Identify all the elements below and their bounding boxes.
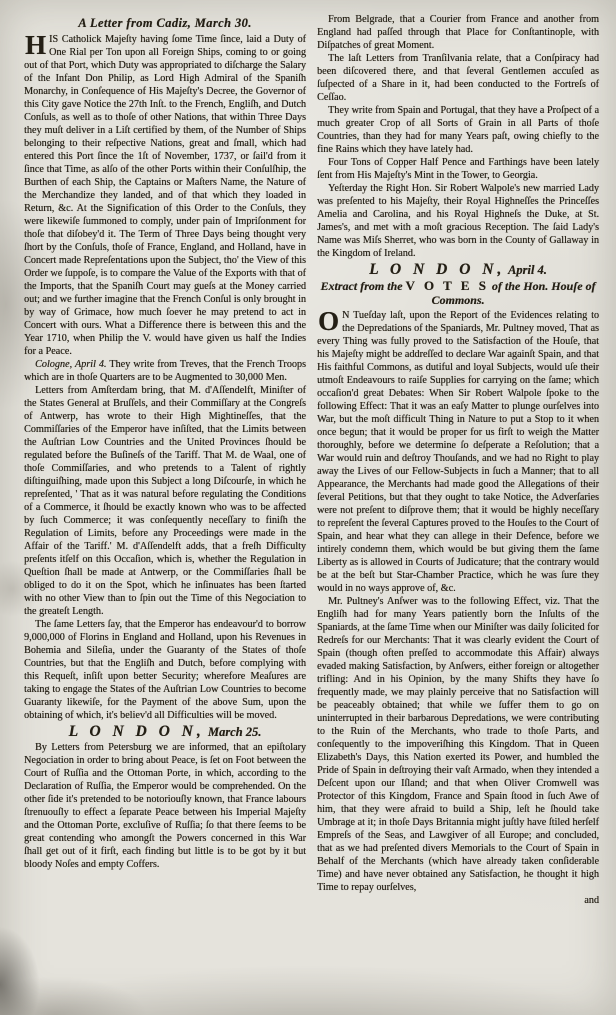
paragraph-text: By Letters from Petersburg we are inform… [24, 742, 306, 870]
section-title-caps: L O N D O N, [69, 723, 205, 740]
section-date: March 25. [205, 725, 262, 739]
paragraph-text: The ſame Letters ſay, that the Emperor h… [24, 619, 306, 721]
paragraph-text: IS Catholick Majeſty having ſome Time ſi… [24, 34, 306, 357]
paragraph-petersburg: By Letters from Petersburg we are inform… [24, 741, 306, 871]
paragraph-transilvania: The laſt Letters from Tranſilvania relat… [317, 52, 599, 104]
paragraph-amsterdam: Letters from Amſterdam bring, that M. d'… [24, 384, 306, 618]
paragraph-text: From Belgrade, that a Courier from Franc… [317, 14, 599, 51]
newspaper-page: A Letter from Cadiz, March 30.HIS Cathol… [0, 0, 616, 1015]
column-left: A Letter from Cadiz, March 30.HIS Cathol… [24, 16, 306, 871]
subheading-caps: V O T E S [405, 278, 488, 293]
paragraph-votes-walpole: ON Tueſday laſt, upon the Report of the … [317, 309, 599, 595]
paragraph-text: Yeſterday the Right Hon. Sir Robert Walp… [317, 183, 599, 259]
subheading-votes: Extract from the V O T E S of the Hon. H… [317, 279, 599, 307]
paragraph-copper-halfpence: Four Tons of Copper Half Pence and Farth… [317, 156, 599, 182]
section-heading-london-march: L O N D O N, March 25. [24, 725, 306, 740]
paragraph-emperor-loan: The ſame Letters ſay, that the Emperor h… [24, 618, 306, 722]
dateline-lead: Cologne, April 4. [35, 359, 106, 370]
paragraph-belgrade: From Belgrade, that a Courier from Franc… [317, 13, 599, 52]
section-heading-london-april: L O N D O N, April 4. [317, 263, 599, 278]
drop-cap-letter: H [24, 33, 49, 57]
paragraph-text: The laſt Letters from Tranſilvania relat… [317, 53, 599, 103]
section-date: April 4. [505, 263, 547, 277]
paragraph-text: Mr. Pultney's Anſwer was to the followin… [317, 596, 599, 893]
article-heading-cadiz: A Letter from Cadiz, March 30. [24, 16, 306, 31]
paragraph-walpole-lady: Yeſterday the Right Hon. Sir Robert Walp… [317, 182, 599, 260]
paragraph-text: Four Tons of Copper Half Pence and Farth… [317, 157, 599, 181]
paragraph-spain-portugal: They write from Spain and Portugal, that… [317, 104, 599, 156]
paragraph-cologne: Cologne, April 4. They write from Treves… [24, 358, 306, 384]
subheading-pre: Extract from the [320, 279, 405, 293]
paragraph-text: N Tueſday laſt, upon the Report of the E… [317, 310, 599, 594]
drop-cap-letter: O [317, 309, 342, 333]
paragraph-pultney-answer: Mr. Pultney's Anſwer was to the followin… [317, 595, 599, 894]
paragraph-text: They write from Spain and Portugal, that… [317, 105, 599, 155]
paragraph-text: Letters from Amſterdam bring, that M. d'… [24, 385, 306, 617]
catchword: and [317, 894, 599, 907]
column-right: From Belgrade, that a Courier from Franc… [317, 13, 599, 907]
section-title-caps: L O N D O N, [369, 261, 505, 278]
paragraph-cadiz: HIS Catholick Majeſty having ſome Time ſ… [24, 33, 306, 358]
